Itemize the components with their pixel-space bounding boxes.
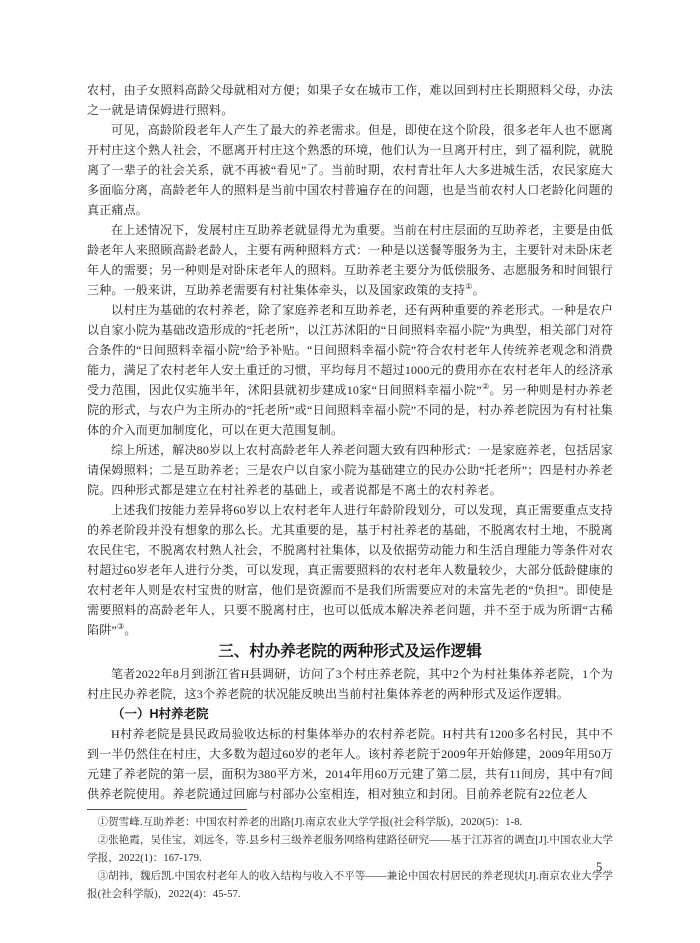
paragraph: 以村庄为基础的农村养老，除了家庭养老和互助养老，还有两种重要的养老形式。一种是农… — [87, 300, 613, 440]
footnote: ③胡祎，魏后凯.中国农村老年人的收入结构与收入不平等——兼论中国农村居民的养老现… — [87, 868, 613, 904]
paragraph: 综上所述，解决80岁以上农村高龄老年人养老问题大致有四种形式：一是家庭养老，包括… — [87, 440, 613, 500]
footnote: ①贺雪峰.互助养老：中国农村养老的出路[J].南京农业大学学报(社会科学版)，2… — [87, 814, 613, 832]
paragraph: H村养老院是县民政局验收达标的村集体举办的农村养老院。H村共有1200多名村民，… — [87, 724, 613, 804]
paper-page: 农村，由子女照料高龄父母就相对方便；如果子女在城市工作，难以回到村庄长期照料父母… — [0, 0, 700, 943]
footnotes-list: ①贺雪峰.互助养老：中国农村养老的出路[J].南京农业大学学报(社会科学版)，2… — [87, 814, 613, 904]
paragraph: 笔者2022年8月到浙江省H县调研，访问了3个村庄养老院，其中2个为村社集体养老… — [87, 664, 613, 704]
paragraph: 农村，由子女照料高龄父母就相对方便；如果子女在城市工作，难以回到村庄长期照料父母… — [87, 80, 613, 120]
subsection-heading: （一）H村养老院 — [87, 704, 613, 724]
footnote: ②张艳霞，吴佳宝，刘远冬，等.县乡村三级养老服务网络构建路径研究——基于江苏省的… — [87, 832, 613, 868]
footnote-ref: ① — [465, 282, 472, 291]
paragraph: 在上述情况下，发展村庄互助养老就显得尤为重要。当前在村庄层面的互助养老，主要是由… — [87, 220, 613, 300]
paragraph: 可见，高龄阶段老年人产生了最大的养老需求。但是，即使在这个阶段，很多老年人也不愿… — [87, 120, 613, 220]
page-content: 农村，由子女照料高龄父母就相对方便；如果子女在城市工作，难以回到村庄长期照料父母… — [87, 80, 613, 904]
footnote-ref: ② — [482, 382, 490, 391]
section-heading: 三、村办养老院的两种形式及运作逻辑 — [87, 640, 613, 664]
footnote-ref: ③ — [117, 622, 124, 631]
body: 农村，由子女照料高龄父母就相对方便；如果子女在城市工作，难以回到村庄长期照料父母… — [87, 80, 613, 804]
page-number: 5 — [596, 860, 602, 875]
paragraph: 上述我们按能力差异将60岁以上农村老年人进行年龄阶段划分，可以发现，真正需要重点… — [87, 500, 613, 640]
footnote-separator — [87, 809, 247, 810]
